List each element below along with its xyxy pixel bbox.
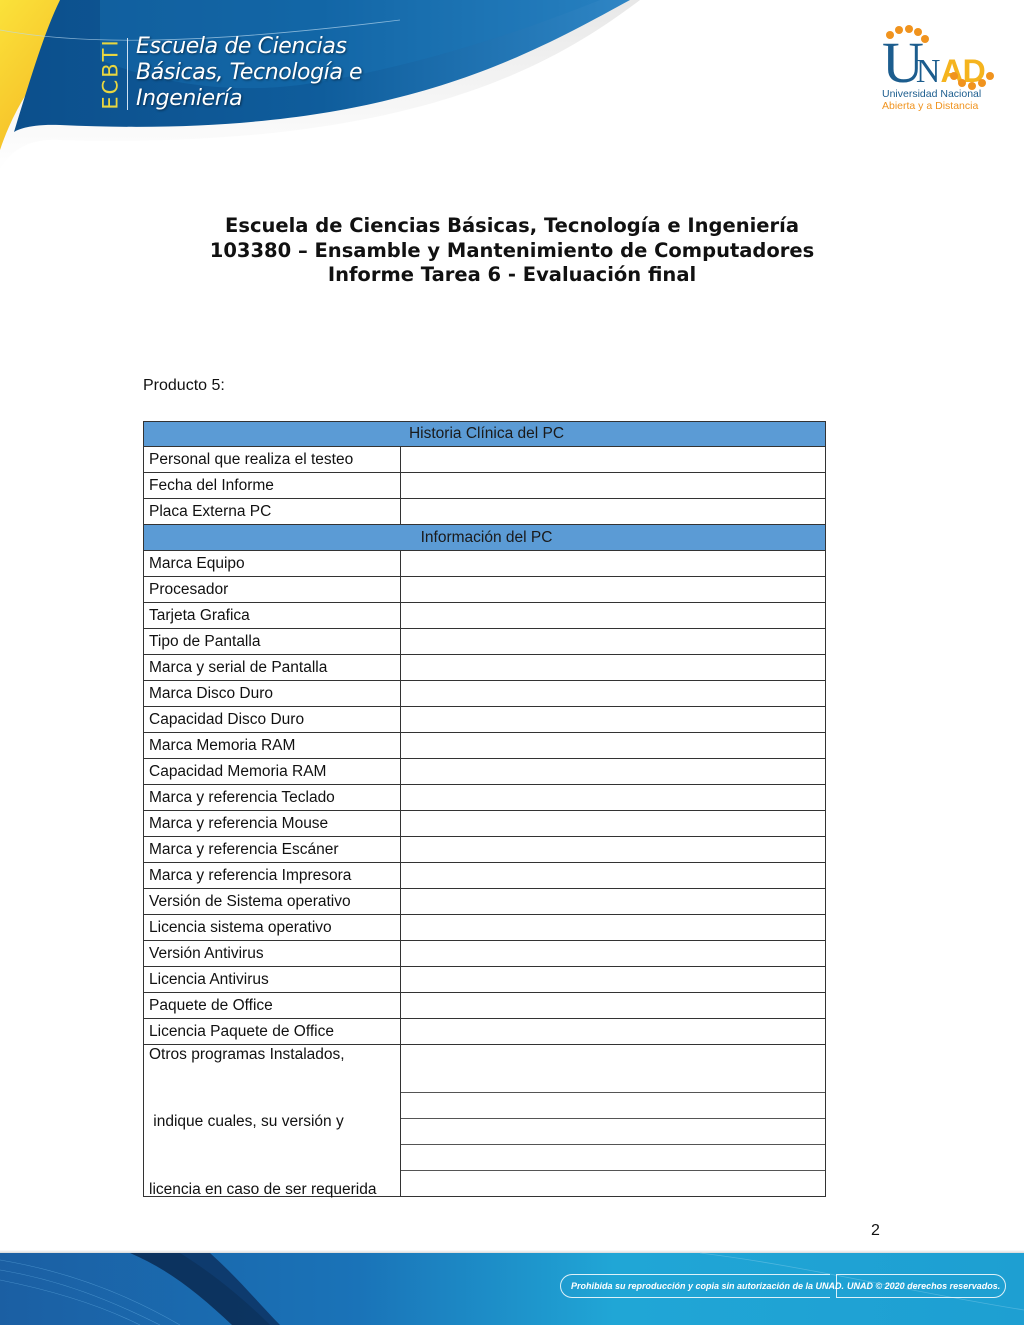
product-label: Producto 5: (143, 377, 225, 395)
field-value[interactable] (401, 551, 825, 576)
field-label: Marca y referencia Mouse (144, 811, 401, 836)
school-name-line: Básicas, Tecnología e (136, 60, 362, 86)
field-value[interactable] (401, 707, 825, 732)
label-line: Otros programas Instalados, (149, 1044, 376, 1067)
table-row: Licencia sistema operativo (143, 915, 826, 941)
field-label: Placa Externa PC (144, 499, 401, 524)
table-row: Marca y referencia Teclado (143, 785, 826, 811)
field-value[interactable] (401, 785, 825, 810)
field-value[interactable] (401, 889, 825, 914)
copyright-badge: UNAD © 2020 derechos reservados. (836, 1274, 1006, 1298)
other-program-field[interactable] (401, 1171, 825, 1196)
field-value[interactable] (401, 759, 825, 784)
table-row: Personal que realiza el testeo (143, 447, 826, 473)
logo-subtitle-2: Abierta y a Distancia (882, 100, 978, 112)
logo-subtitle-1: Universidad Nacional (882, 88, 981, 100)
table-row: Licencia Antivirus (143, 967, 826, 993)
field-label: Capacidad Memoria RAM (144, 759, 401, 784)
other-program-field[interactable] (401, 1045, 825, 1093)
table-row: Marca Equipo (143, 551, 826, 577)
field-label: Capacidad Disco Duro (144, 707, 401, 732)
page-number: 2 (871, 1222, 880, 1240)
table-row: Marca y referencia Escáner (143, 837, 826, 863)
field-label: Procesador (144, 577, 401, 602)
table-row-other-programs: Otros programas Instalados, indique cual… (143, 1045, 826, 1197)
other-program-field[interactable] (401, 1119, 825, 1145)
field-label: Personal que realiza el testeo (144, 447, 401, 472)
copyright-notice: Prohibida su reproducción y copia sin au… (560, 1274, 1006, 1298)
section-title: Historia Clínica del PC (405, 425, 564, 443)
field-value[interactable] (401, 1019, 825, 1044)
field-value[interactable] (401, 447, 825, 472)
header-banner: ECBTI Escuela de Ciencias Básicas, Tecno… (0, 0, 1024, 195)
table-row: Marca y serial de Pantalla (143, 655, 826, 681)
table-row: Tipo de Pantalla (143, 629, 826, 655)
pc-history-table: Historia Clínica del PC Personal que rea… (143, 421, 826, 1197)
field-label: Marca Memoria RAM (144, 733, 401, 758)
field-value[interactable] (401, 837, 825, 862)
field-value[interactable] (401, 577, 825, 602)
field-label: Marca y serial de Pantalla (144, 655, 401, 680)
field-value[interactable] (401, 733, 825, 758)
table-row: Fecha del Informe (143, 473, 826, 499)
field-value[interactable] (401, 629, 825, 654)
reproduction-notice: Prohibida su reproducción y copia sin au… (560, 1274, 830, 1298)
field-value[interactable] (401, 811, 825, 836)
unad-wordmark: UNAD (882, 38, 985, 88)
field-label: Licencia sistema operativo (144, 915, 401, 940)
section-header-pc-info: Información del PC (143, 525, 826, 551)
school-name: Escuela de Ciencias Básicas, Tecnología … (136, 34, 362, 112)
field-label: Versión de Sistema operativo (144, 889, 401, 914)
table-row: Placa Externa PC (143, 499, 826, 525)
field-value[interactable] (401, 993, 825, 1018)
ecbti-acronym: ECBTI (96, 34, 126, 114)
title-course: 103380 – Ensamble y Mantenimiento de Com… (0, 239, 1024, 264)
label-line: licencia en caso de ser requerida (149, 1179, 376, 1202)
school-name-line: Escuela de Ciencias (136, 34, 362, 60)
table-row: Marca y referencia Mouse (143, 811, 826, 837)
table-row: Capacidad Memoria RAM (143, 759, 826, 785)
table-row: Marca Disco Duro (143, 681, 826, 707)
field-label: Marca y referencia Impresora (144, 863, 401, 888)
table-row: Capacidad Disco Duro (143, 707, 826, 733)
field-value[interactable] (401, 473, 825, 498)
field-label: Fecha del Informe (144, 473, 401, 498)
field-label: Versión Antivirus (144, 941, 401, 966)
logo-dot (978, 79, 986, 87)
field-label: Marca Equipo (144, 551, 401, 576)
field-label: Marca y referencia Teclado (144, 785, 401, 810)
field-label: Marca Disco Duro (144, 681, 401, 706)
unad-logo: UNAD Universidad Nacional Abierta y a Di… (876, 22, 996, 114)
banner-divider (127, 38, 128, 110)
section-header-history: Historia Clínica del PC (143, 421, 826, 447)
field-value[interactable] (401, 499, 825, 524)
other-program-field[interactable] (401, 1093, 825, 1119)
logo-dot (986, 72, 994, 80)
field-label: Tarjeta Grafica (144, 603, 401, 628)
logo-dot (958, 79, 966, 87)
table-row: Marca y referencia Impresora (143, 863, 826, 889)
field-value[interactable] (401, 603, 825, 628)
table-row: Procesador (143, 577, 826, 603)
table-row: Versión de Sistema operativo (143, 889, 826, 915)
other-program-field[interactable] (401, 1145, 825, 1171)
logo-dot (950, 72, 958, 80)
field-value[interactable] (401, 915, 825, 940)
table-row: Tarjeta Grafica (143, 603, 826, 629)
document-titles: Escuela de Ciencias Básicas, Tecnología … (0, 214, 1024, 288)
title-school: Escuela de Ciencias Básicas, Tecnología … (0, 214, 1024, 239)
field-label: Licencia Antivirus (144, 967, 401, 992)
label-line: indique cuales, su versión y (149, 1111, 376, 1134)
field-value[interactable] (401, 863, 825, 888)
field-label: Tipo de Pantalla (144, 629, 401, 654)
other-programs-label: Otros programas Instalados, indique cual… (144, 1045, 401, 1196)
field-value[interactable] (401, 681, 825, 706)
other-programs-values (401, 1045, 825, 1196)
school-name-line: Ingeniería (136, 86, 362, 112)
field-value[interactable] (401, 941, 825, 966)
table-row: Marca Memoria RAM (143, 733, 826, 759)
field-value[interactable] (401, 967, 825, 992)
field-label: Marca y referencia Escáner (144, 837, 401, 862)
title-report: Informe Tarea 6 - Evaluación final (0, 263, 1024, 288)
field-value[interactable] (401, 655, 825, 680)
footer-banner: Prohibida su reproducción y copia sin au… (0, 1250, 1024, 1325)
table-row: Versión Antivirus (143, 941, 826, 967)
section-title: Información del PC (417, 529, 553, 547)
